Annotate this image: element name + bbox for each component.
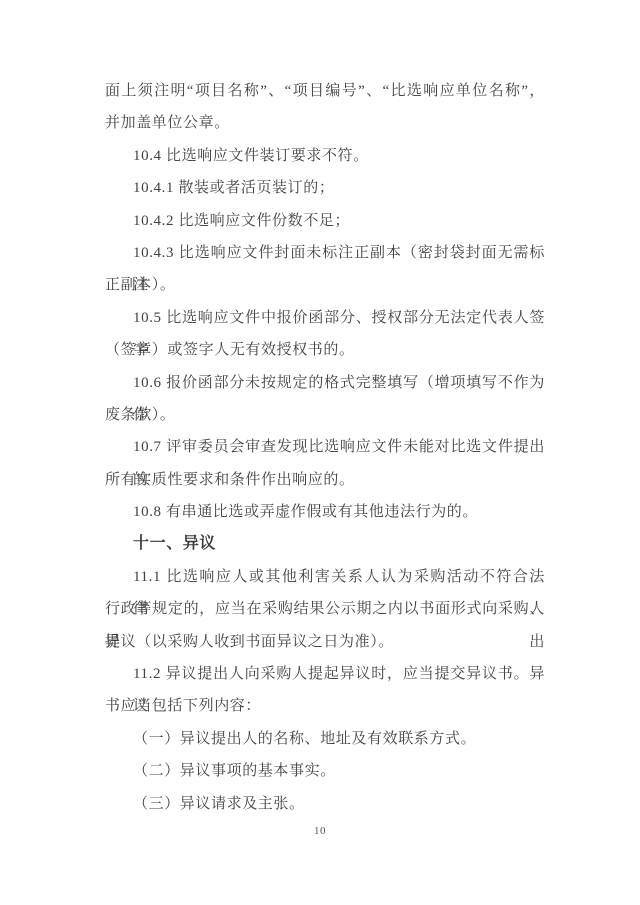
text-line: 11.2 异议提出人向采购人提起异议时，应当提交异议书。异议 xyxy=(105,658,545,690)
text-line: 行政等规定的，应当在采购结果公示期之内以书面形式向采购人提出 xyxy=(105,593,545,625)
text-line: 10.4.2 比选响应文件份数不足； xyxy=(105,205,545,237)
text-line: 面上须注明“项目名称”、“项目编号”、“比选响应单位名称”， xyxy=(105,75,545,107)
text-line: （三）异议请求及主张。 xyxy=(105,788,545,820)
text-line: 11.1 比选响应人或其他利害关系人认为采购活动不符合法律、 xyxy=(105,561,545,593)
text-line: 10.8 有串通比选或弄虚作假或有其他违法行为的。 xyxy=(105,496,545,528)
text-line: 所有实质性要求和条件作出响应的。 xyxy=(105,464,545,496)
text-line: （二）异议事项的基本事实。 xyxy=(105,755,545,787)
text-line: 书应当包括下列内容： xyxy=(105,690,545,722)
text-line: 10.7 评审委员会审查发现比选响应文件未能对比选文件提出的 xyxy=(105,431,545,463)
page-number: 10 xyxy=(0,825,640,837)
section-heading: 十一、异议 xyxy=(105,528,545,560)
document-body: 面上须注明“项目名称”、“项目编号”、“比选响应单位名称”，并加盖单位公章。10… xyxy=(105,75,545,820)
text-line: （签章）或签字人无有效授权书的。 xyxy=(105,334,545,366)
text-line: 并加盖单位公章。 xyxy=(105,107,545,139)
text-line: 10.5 比选响应文件中报价函部分、授权部分无法定代表人签字 xyxy=(105,302,545,334)
text-line: 正副本）。 xyxy=(105,269,545,301)
text-line: 10.4.1 散装或者活页装订的； xyxy=(105,172,545,204)
text-line: 废条款）。 xyxy=(105,399,545,431)
text-line: 10.6 报价函部分未按规定的格式完整填写（增项填写不作为作 xyxy=(105,367,545,399)
text-line: 10.4.3 比选响应文件封面未标注正副本（密封袋封面无需标注 xyxy=(105,237,545,269)
text-line: （一）异议提出人的名称、地址及有效联系方式。 xyxy=(105,723,545,755)
text-line: 10.4 比选响应文件装订要求不符。 xyxy=(105,140,545,172)
document-page: 面上须注明“项目名称”、“项目编号”、“比选响应单位名称”，并加盖单位公章。10… xyxy=(0,0,640,905)
